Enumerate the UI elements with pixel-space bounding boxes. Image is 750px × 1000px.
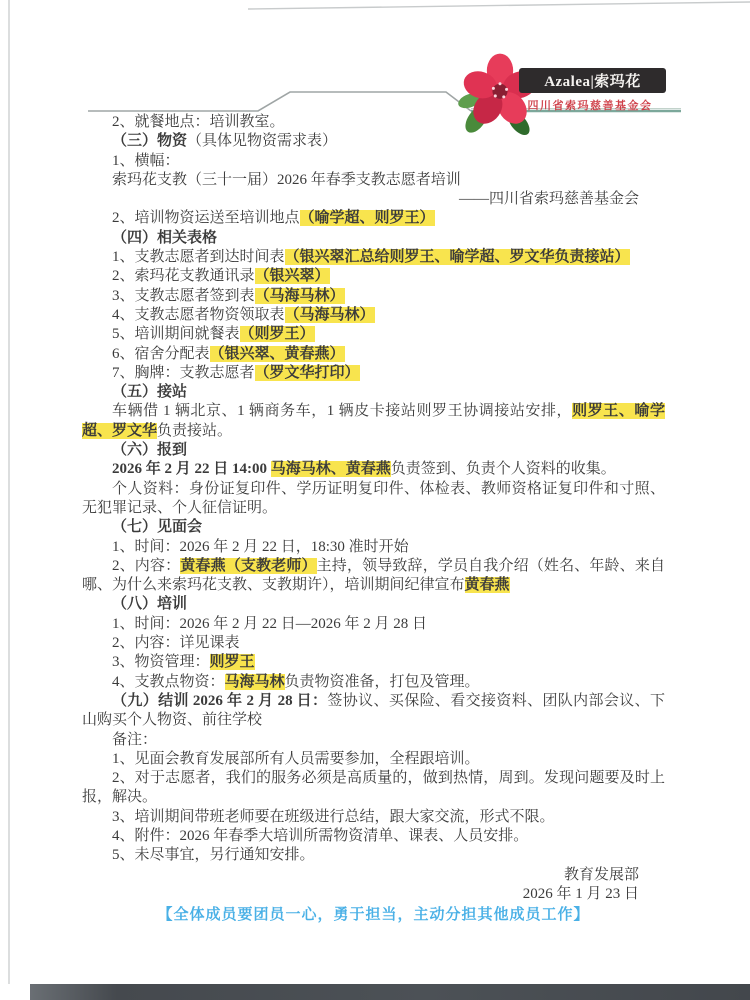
- text-run: 1、时间：2026 年 2 月 22 日—2026 年 2 月 28 日: [112, 616, 427, 632]
- text-run: 2026 年 2 月 22 日 14:00: [112, 461, 271, 477]
- text-run: 1、支教志愿者到达时间表: [112, 249, 285, 265]
- text-run: （九）结训 2026 年 2 月 28 日：: [112, 693, 327, 709]
- paragraph: 1、时间：2026 年 2 月 22 日，18:30 准时开始: [82, 538, 665, 557]
- paragraph: 1、支教志愿者到达时间表（银兴翠汇总给则罗王、喻学超、罗文华负责接站）: [82, 248, 665, 267]
- paragraph: 7、胸牌：支教志愿者（罗文华打印）: [82, 364, 665, 383]
- text-run: 7、胸牌：支教志愿者: [112, 365, 255, 381]
- highlighted-text: （罗文华打印）: [255, 365, 360, 381]
- paragraph: （七）见面会: [82, 518, 665, 537]
- paragraph: 1、见面会教育发展部所有人员需要参加，全程跟培训。: [82, 750, 665, 769]
- paragraph: （九）结训 2026 年 2 月 28 日：签协议、买保险、看交接资料、团队内部…: [82, 692, 665, 731]
- highlighted-text: 黄春燕（支教老师）: [180, 558, 316, 574]
- highlighted-text: （马海马林）: [285, 307, 375, 323]
- paragraph: 4、支教志愿者物资领取表（马海马林）: [82, 306, 665, 325]
- text-run: 3、物资管理：: [112, 654, 210, 670]
- text-run: 3、支教志愿者签到表: [112, 288, 255, 304]
- text-run: 2、就餐地点：培训教室。: [112, 114, 285, 130]
- paragraph: 5、培训期间就餐表（则罗王）: [82, 325, 665, 344]
- text-run: 2、对于志愿者，我们的服务必须是高质量的，做到热情，周到。发现问题要及时上报，解…: [82, 770, 665, 805]
- text-run: 教育发展部: [564, 867, 639, 883]
- text-run: 负责物资准备，打包及管理。: [285, 674, 480, 690]
- document-body: 2、就餐地点：培训教室。（三）物资（具体见物资需求表）1、横幅：索玛花支教（三十…: [82, 113, 665, 904]
- paragraph: 3、支教志愿者签到表（马海马林）: [82, 287, 665, 306]
- paragraph: 个人资料：身份证复印件、学历证明复印件、体检表、教师资格证复印件和寸照、无犯罪记…: [82, 480, 665, 519]
- paragraph: 索玛花支教（三十一届）2026 年春季支教志愿者培训: [82, 171, 665, 190]
- text-run: 索玛花支教（三十一届）2026 年春季支教志愿者培训: [112, 172, 461, 188]
- text-run: 个人资料：身份证复印件、学历证明复印件、体检表、教师资格证复印件和寸照、无犯罪记…: [82, 481, 665, 516]
- text-run: 1、时间：2026 年 2 月 22 日，18:30 准时开始: [112, 539, 409, 555]
- highlighted-text: 黄春燕: [465, 577, 510, 593]
- highlighted-text: （马海马林）: [255, 288, 345, 304]
- text-run: 2、内容：: [112, 558, 180, 574]
- paragraph: （三）物资（具体见物资需求表）: [82, 132, 665, 151]
- paragraph: 4、支教点物资：马海马林负责物资准备，打包及管理。: [82, 673, 665, 692]
- paragraph: 2026 年 1 月 23 日: [82, 885, 665, 904]
- text-run: 4、支教点物资：: [112, 674, 225, 690]
- text-run: 1、见面会教育发展部所有人员需要参加，全程跟培训。: [112, 751, 480, 767]
- brand-badge: Azalea|索玛花: [519, 68, 666, 93]
- paragraph: 1、横幅：: [82, 152, 665, 171]
- paragraph: 2、对于志愿者，我们的服务必须是高质量的，做到热情，周到。发现问题要及时上报，解…: [82, 769, 665, 808]
- text-run: 2、索玛花支教通讯录: [112, 268, 255, 284]
- paragraph: （八）培训: [82, 595, 665, 614]
- text-run: 车辆借 1 辆北京、1 辆商务车，1 辆皮卡接站则罗王协调接站安排，: [112, 403, 572, 419]
- text-run: （五）接站: [112, 384, 187, 400]
- paragraph: （四）相关表格: [82, 229, 665, 248]
- text-run: （七）见面会: [112, 519, 202, 535]
- organization-name: 四川省索玛慈善基金会: [512, 97, 668, 113]
- paragraph: 2、索玛花支教通讯录（银兴翠）: [82, 267, 665, 286]
- paragraph: （五）接站: [82, 383, 665, 402]
- paragraph: 4、附件：2026 年春季大培训所需物资清单、课表、人员安排。: [82, 827, 665, 846]
- paragraph: 2、就餐地点：培训教室。: [82, 113, 665, 132]
- scanned-document-page: Azalea|索玛花 四川省索玛慈善基金会 2、就餐地点：培训教室。（三）物资（…: [0, 0, 750, 1000]
- paragraph: 3、培训期间带班老师要在班级进行总结，跟大家交流，形式不限。: [82, 808, 665, 827]
- paragraph: 车辆借 1 辆北京、1 辆商务车，1 辆皮卡接站则罗王协调接站安排，则罗王、喻学…: [82, 402, 665, 441]
- highlighted-text: （银兴翠汇总给则罗王、喻学超、罗文华负责接站）: [285, 249, 630, 265]
- text-run: （三）物资: [112, 133, 187, 149]
- text-run: （六）报到: [112, 442, 187, 458]
- text-run: （四）相关表格: [112, 230, 217, 246]
- text-run: 4、附件：2026 年春季大培训所需物资清单、课表、人员安排。: [112, 828, 528, 844]
- text-run: 备注：: [112, 732, 157, 748]
- paragraph: 1、时间：2026 年 2 月 22 日—2026 年 2 月 28 日: [82, 615, 665, 634]
- text-run: 4、支教志愿者物资领取表: [112, 307, 285, 323]
- paragraph: 2、内容：详见课表: [82, 634, 665, 653]
- text-run: 5、培训期间就餐表: [112, 326, 240, 342]
- header-fold-line: [88, 92, 471, 111]
- scan-edge-shadow: [30, 984, 750, 1000]
- highlighted-text: 则罗王: [210, 654, 255, 670]
- paragraph: 2、内容：黄春燕（支教老师）主持，领导致辞，学员自我介绍（姓名、年龄、来自哪、为…: [82, 557, 665, 596]
- paragraph: 教育发展部: [82, 866, 665, 885]
- paragraph: （六）报到: [82, 441, 665, 460]
- paragraph: 2、培训物资运送至培训地点（喻学超、则罗王）: [82, 209, 665, 228]
- text-run: ——四川省索玛慈善基金会: [459, 191, 639, 207]
- highlighted-text: 马海马林: [225, 674, 285, 690]
- highlighted-text: （银兴翠、黄春燕）: [210, 346, 345, 362]
- footer-slogan: 【全体成员要团员一心，勇于担当，主动分担其他成员工作】: [82, 903, 665, 924]
- paragraph: 2026 年 2 月 22 日 14:00 马海马林、黄春燕负责签到、负责个人资…: [82, 460, 665, 479]
- highlighted-text: 马海马林、黄春燕: [271, 461, 391, 477]
- paragraph: 3、物资管理：则罗王: [82, 653, 665, 672]
- text-run: （八）培训: [112, 596, 187, 612]
- highlighted-text: （喻学超、则罗王）: [300, 210, 435, 226]
- highlighted-text: （银兴翠）: [255, 268, 330, 284]
- brand-name: Azalea|索玛花: [544, 70, 641, 91]
- paragraph: 备注：: [82, 731, 665, 750]
- text-run: 3、培训期间带班老师要在班级进行总结，跟大家交流，形式不限。: [112, 809, 555, 825]
- text-run: 负责签到、负责个人资料的收集。: [391, 461, 616, 477]
- text-run: 负责接站。: [157, 423, 232, 439]
- text-run: 2、培训物资运送至培训地点: [112, 210, 300, 226]
- highlighted-text: （则罗王）: [240, 326, 315, 342]
- text-run: （具体见物资需求表）: [187, 133, 337, 149]
- text-run: 6、宿舍分配表: [112, 346, 210, 362]
- paragraph: 5、未尽事宜，另行通知安排。: [82, 846, 665, 865]
- page-top-edge: [248, 2, 750, 9]
- text-run: 5、未尽事宜，另行通知安排。: [112, 847, 315, 863]
- paragraph: ——四川省索玛慈善基金会: [82, 190, 665, 209]
- text-run: 1、横幅：: [112, 153, 180, 169]
- text-run: 2026 年 1 月 23 日: [523, 886, 639, 902]
- paragraph: 6、宿舍分配表（银兴翠、黄春燕）: [82, 345, 665, 364]
- text-run: 2、内容：详见课表: [112, 635, 240, 651]
